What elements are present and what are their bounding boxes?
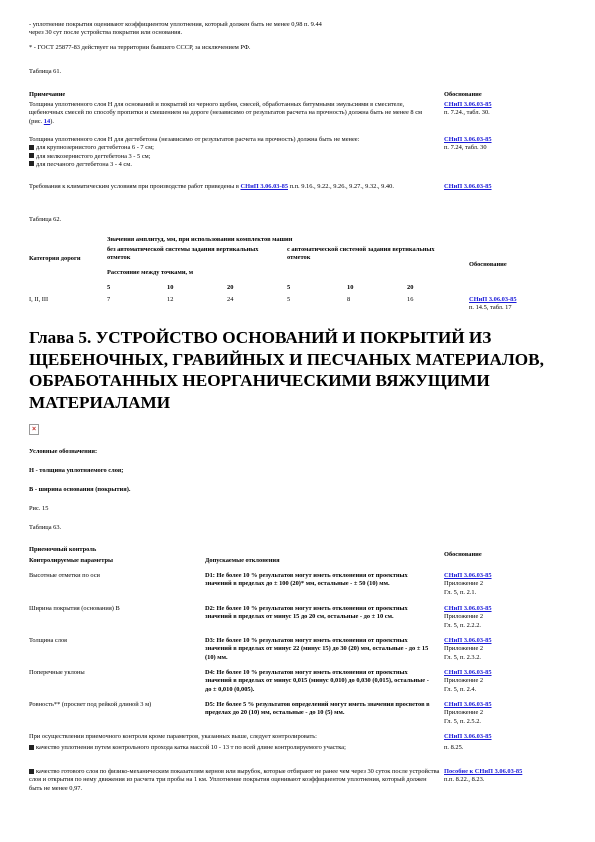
category-cell: I, II, III [29, 296, 48, 304]
snip-link[interactable]: СНиП 3.06.03-85 [444, 101, 492, 108]
distance-cell: 20 [227, 284, 233, 292]
bullet-icon [29, 161, 34, 166]
table-62-header-category: Категория дороги [29, 255, 89, 263]
item2-basis: Пособие к СНиП 3.06.03-85 п.п. 8.22., 8.… [444, 768, 522, 785]
table-61-row-2-basis: СНиП 3.06.03-85 п. 7.24, табл. 30 [444, 136, 492, 153]
list-item: для мелкозернистого дегтебетона 3 - 5 см… [29, 153, 150, 160]
item1-ref: п. 8.25. [444, 744, 463, 752]
value-cell: 5 [287, 296, 290, 304]
table-62-group-header: Значения амплитуд, мм, при использовании… [107, 236, 292, 244]
bullet-icon [29, 745, 34, 750]
table-63-header-tolerance: Допускаемые отклонения [205, 557, 280, 565]
bullet-icon [29, 769, 34, 774]
tolerance-cell: D1: Не более 10 % результатов могут имет… [205, 572, 435, 589]
param-cell: Толщина слоя [29, 637, 199, 645]
bullet-icon [29, 145, 34, 150]
distance-cell: 20 [407, 284, 413, 292]
basis-cell: СНиП 3.06.03-85 Приложение 2Гл. 5, п. 2.… [444, 701, 492, 726]
list-item: для песчаного дегтебетона 3 - 4 см. [29, 161, 132, 168]
intro-line-1: - уплотнение покрытия оценивают коэффици… [29, 21, 549, 29]
table-62-sub-without: без автоматической системы задания верти… [107, 246, 277, 263]
chapter-title: Глава 5. УСТРОЙСТВО ОСНОВАНИЙ И ПОКРЫТИЙ… [29, 327, 549, 413]
param-cell: Ширина покрытия (основания) B [29, 605, 199, 613]
figure-legend-title: Условные обозначения: [29, 448, 97, 456]
snip-link[interactable]: СНиП 3.06.03-85 [444, 669, 492, 676]
distance-cell: 5 [287, 284, 290, 292]
distance-cell: 10 [347, 284, 353, 292]
param-cell: Ровность** (просвет под рейкой длиной 3 … [29, 701, 204, 709]
table-62-caption: Таблица 62. [29, 216, 61, 224]
table-61-caption: Таблица 61. [29, 68, 61, 76]
snip-link[interactable]: СНиП 3.06.03-85 [444, 637, 492, 644]
table-61-header-basis: Обоснование [444, 91, 482, 99]
table-62-distance-label: Расстояние между точками, м [107, 269, 193, 277]
distance-cell: 5 [107, 284, 110, 292]
list-item: качество уплотнения путем контрольного п… [29, 744, 439, 752]
tolerance-cell: D5: Не более 5 % результатов определений… [205, 701, 435, 718]
table-61-row-3-text: Требования к климатическим условиям при … [29, 183, 439, 191]
table-63-footer-intro: При осуществлении приемочного контроля к… [29, 733, 439, 741]
param-cell: Высотные отметки по оси [29, 572, 199, 580]
snip-link[interactable]: СНиП 3.06.03-85 [444, 733, 492, 741]
snip-link[interactable]: СНиП 3.06.03-85 [444, 605, 492, 612]
tolerance-cell: D3: Не более 10 % результатов могут имет… [205, 637, 435, 662]
figure-legend-b: B - ширина основания (покрытия). [29, 486, 130, 494]
list-item: для крупнозернистого дегтебетона 6 - 7 с… [29, 144, 154, 151]
snip-link[interactable]: СНиП 3.06.03-85 [444, 136, 492, 143]
snip-link[interactable]: СНиП 3.06.03-85 [444, 701, 492, 708]
list-item: качество готового слоя по физико-механич… [29, 768, 441, 793]
value-cell: 24 [227, 296, 233, 304]
param-cell: Поперечные уклоны [29, 669, 199, 677]
manual-link[interactable]: Пособие к СНиП 3.06.03-85 [444, 768, 522, 775]
distance-cell: 10 [167, 284, 173, 292]
table-63-header-basis: Обоснование [444, 551, 482, 559]
table-62-sub-with: с автоматической системой задания вертик… [287, 246, 457, 263]
value-cell: 16 [407, 296, 413, 304]
basis-cell: СНиП 3.06.03-85 п. 14.5, табл. 17 [469, 296, 517, 313]
intro-line-2: через 30 сут после устройства покрытия и… [29, 29, 549, 37]
footnote: * - ГОСТ 25877-83 действует на территори… [29, 44, 251, 52]
tolerance-cell: D2: Не более 10 % результатов могут имет… [205, 605, 435, 622]
table-61-row-1-basis: СНиП 3.06.03-85 п. 7.24., табл. 30. [444, 101, 492, 118]
table-63-caption: Таблица 63. [29, 524, 61, 532]
intro-paragraph: - уплотнение покрытия оценивают коэффици… [29, 21, 549, 38]
basis-cell: СНиП 3.06.03-85 Приложение 2Гл. 5, п. 2.… [444, 572, 492, 597]
basis-cell: СНиП 3.06.03-85 Приложение 2Гл. 5, п. 2.… [444, 605, 492, 630]
broken-image-icon: × [29, 424, 39, 435]
value-cell: 7 [107, 296, 110, 304]
snip-link[interactable]: СНиП 3.06.03-85 [469, 296, 517, 303]
table-62-header-basis: Обоснование [469, 261, 507, 269]
table-61-row-3-basis: СНиП 3.06.03-85 [444, 183, 492, 191]
tolerance-cell: D4: Не более 10 % результатов могут имет… [205, 669, 435, 694]
basis-cell: СНиП 3.06.03-85 Приложение 2Гл. 5, п. 2.… [444, 637, 492, 662]
snip-link[interactable]: СНиП 3.06.03-85 [444, 572, 492, 579]
basis-cell: СНиП 3.06.03-85 Приложение 2Гл. 5, п. 2.… [444, 669, 492, 694]
snip-link[interactable]: СНиП 3.06.03-85 [444, 183, 492, 190]
bullet-icon [29, 153, 34, 158]
snip-inline-link[interactable]: СНиП 3.06.03-85 [240, 183, 288, 190]
table-61-row-2-text: Толщина уплотненного слоя H для дегтебет… [29, 136, 429, 169]
table-61-header-note: Примечание [29, 91, 65, 99]
table-61-row-1-text: Толщина уплотненного слоя H для основани… [29, 101, 429, 126]
value-cell: 12 [167, 296, 173, 304]
table-63-section: Приемочный контроль [29, 546, 96, 554]
figure-caption: Рис. 15 [29, 505, 48, 513]
figure-legend-h: H - толщина уплотняемого слоя; [29, 467, 123, 475]
table-63-header-param: Контролируемые параметры [29, 557, 113, 565]
value-cell: 8 [347, 296, 350, 304]
